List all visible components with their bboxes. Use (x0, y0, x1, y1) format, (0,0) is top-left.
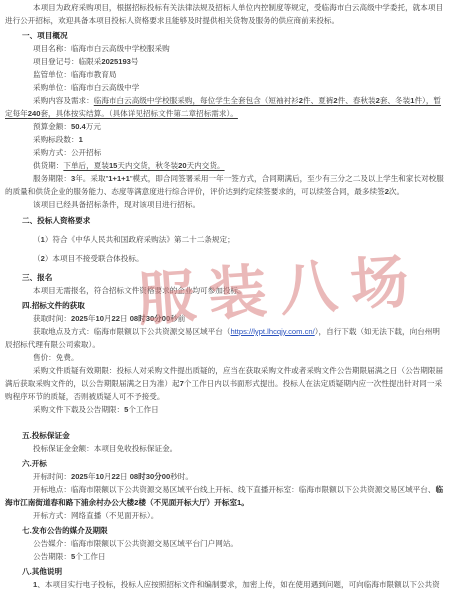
method-line: 采购方式：公开招标 (5, 146, 444, 159)
download-period-line: 采购文件下载及公告期限：5个工作日 (5, 403, 444, 416)
budget-line: 预算金额：50.4万元 (5, 120, 444, 133)
obtain-place-prefix: 获取地点及方式：临海市限额以下公共资源交易区域平台（ (33, 327, 230, 336)
service-term-line: 服务期限：3年。采取"1+1+1"模式，即合同签署采用一年一签方式，合同期满后，… (5, 172, 444, 198)
lots-line: 采购标段数：1 (5, 133, 444, 146)
content-requirements-line: 采购内容及需求：临海市白云高级中学校服采购，每位学生全套包含（短袖衬衫2件、夏裤… (5, 94, 444, 120)
heading-other-notes: 八.其他说明 (5, 565, 444, 578)
delivery-line: 供货期：下单后，夏装15天内交货，秋冬装20天内交货。 (5, 159, 444, 172)
project-regno-line: 项目登记号：临限采2025193号 (5, 55, 444, 68)
open-time-line: 开标时间：2025年10月22日 08时30分00秒时。 (5, 470, 444, 483)
price-line: 售价：免费。 (5, 351, 444, 364)
other-note-1-line: 1、本项目实行电子投标，投标人应按照招标文件和编制要求，加密上传，如在使用遇到问… (5, 578, 444, 591)
intro-paragraph: 本项目为政府采购项目，根据招标投标有关法律法规及招标人单位内控制度等规定，受临海… (5, 1, 444, 27)
heading-signup: 三、报名 (5, 271, 444, 284)
query-period-line: 采购文件质疑有效期限：投标人对采购文件提出质疑的，应当在获取采购文件或者采购文件… (5, 364, 444, 403)
ready-statement-line: 该项目已经具备招标条件，现对该项目进行招标。 (5, 198, 444, 211)
project-name-line: 项目名称：临海市白云高级中学校服采购 (5, 42, 444, 55)
obtain-place-line: 获取地点及方式：临海市限额以下公共资源交易区域平台（https://lypt.l… (5, 325, 444, 351)
heading-announcement-media: 七.发布公告的媒介及期限 (5, 524, 444, 537)
deposit-line: 投标保证金金额：本项目免收投标保证金。 (5, 442, 444, 455)
delivery-label: 供货期： (33, 161, 63, 170)
media-line: 公告媒介：临海市限额以下公共资源交易区域平台门户网站。 (5, 537, 444, 550)
open-place-normal: 开标地点：临海市限额以下公共资源交易区域平台线上开标、线下直播开标室：临海市限额… (33, 485, 435, 494)
platform-link[interactable]: https://lypt.lhcqjy.com.cn/ (230, 327, 314, 336)
open-method-line: 开标方式：网络直播（不见面开标）。 (5, 509, 444, 522)
open-place-line: 开标地点：临海市限额以下公共资源交易区域平台线上开标、线下直播开标室：临海市限额… (5, 483, 444, 509)
supervisor-line: 监管单位：临海市教育局 (5, 68, 444, 81)
delivery-value: 下单后，夏装15天内交货，秋冬装20天内交货。 (63, 161, 224, 170)
signup-line: 本项目无需报名，符合招标文件资格要求的企业均可参加投标。 (5, 284, 444, 297)
heading-bid-opening: 六.开标 (5, 457, 444, 470)
heading-project-overview: 一、项目概况 (5, 29, 444, 42)
content-label: 采购内容及需求： (33, 96, 94, 105)
tender-announcement-page: 服装八场 本项目为政府采购项目，根据招标投标有关法律法规及招标人单位内控制度等规… (0, 0, 450, 600)
obtain-time-line: 获取时间：2025年10月22日 08时30分00秒前 (5, 312, 444, 325)
heading-document-obtain: 四.招标文件的获取 (5, 299, 444, 312)
qualification-item-1: （1）符合《中华人民共和国政府采购法》第二十二条规定； (5, 233, 444, 246)
announcement-period-line: 公告期限：5个工作日 (5, 550, 444, 563)
purchaser-line: 采购单位：临海市白云高级中学 (5, 81, 444, 94)
qualification-item-2: （2）本项目不接受联合体投标。 (5, 252, 444, 265)
heading-bid-deposit: 五.投标保证金 (5, 429, 444, 442)
document-body: 本项目为政府采购项目，根据招标投标有关法律法规及招标人单位内控制度等规定，受临海… (0, 0, 450, 600)
heading-bidder-qualification: 二、投标人资格要求 (5, 214, 444, 227)
